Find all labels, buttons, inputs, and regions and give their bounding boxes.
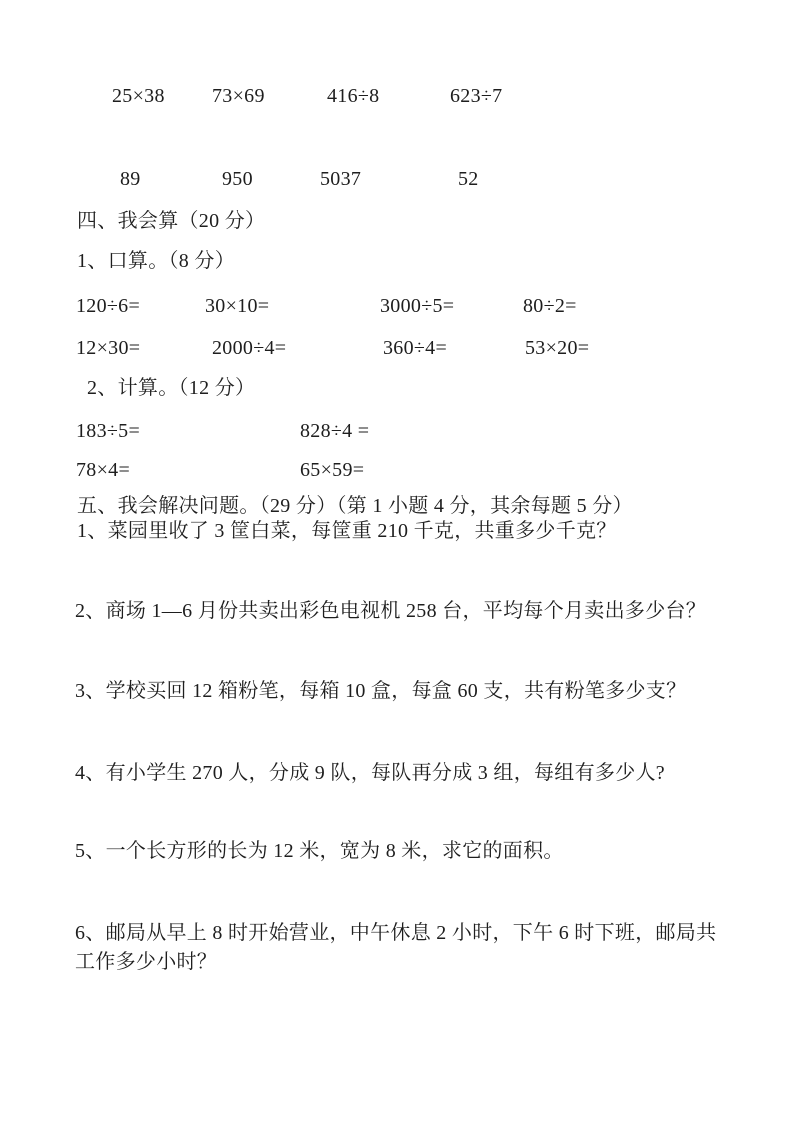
number-item: 89 [120,165,141,193]
word-problem-4: 4、有小学生 270 人，分成 9 队，每队再分成 3 组，每组有多少人? [75,759,665,787]
oral-calc-item: 360÷4= [383,334,447,362]
word-problem-2: 2、商场 1—6 月份共卖出彩色电视机 258 台，平均每个月卖出多少台？ [75,597,706,625]
number-item: 5037 [320,165,361,193]
oral-calc-item: 30×10= [205,292,269,320]
worksheet-page: 25×38 73×69 416÷8 623÷7 89 950 5037 52 四… [0,0,793,1122]
oral-calc-item: 80÷2= [523,292,577,320]
written-calc-title: 2、计算。（12 分） [87,374,255,402]
word-problem-3: 3、学校买回 12 箱粉笔，每箱 10 盒，每盒 60 支，共有粉笔多少支？ [75,677,686,705]
word-problem-6: 6、邮局从早上 8 时开始营业，中午休息 2 小时，下午 6 时下班，邮局共工作… [75,919,735,977]
oral-calc-item: 120÷6= [76,292,140,320]
word-problem-1: 1、菜园里收了 3 筐白菜，每筐重 210 千克，共重多少千克？ [77,517,617,545]
oral-calc-item: 12×30= [76,334,140,362]
vertical-calc-item: 623÷7 [450,82,502,110]
number-item: 52 [458,165,479,193]
written-calc-item: 183÷5= [76,417,140,445]
written-calc-item: 828÷4 = [300,417,369,445]
vertical-calc-item: 73×69 [212,82,265,110]
section-five-title: 五、我会解决问题。（29 分）（第 1 小题 4 分，其余每题 5 分） [77,492,633,520]
oral-calc-item: 53×20= [525,334,589,362]
vertical-calc-item: 25×38 [112,82,165,110]
section-four-title: 四、我会算（20 分） [77,207,265,235]
oral-calc-item: 2000÷4= [212,334,286,362]
vertical-calc-item: 416÷8 [327,82,379,110]
written-calc-item: 65×59= [300,456,364,484]
word-problem-5: 5、一个长方形的长为 12 米，宽为 8 米，求它的面积。 [75,837,564,865]
oral-calc-title: 1、口算。（8 分） [77,247,235,275]
written-calc-item: 78×4= [76,456,130,484]
oral-calc-item: 3000÷5= [380,292,454,320]
number-item: 950 [222,165,253,193]
